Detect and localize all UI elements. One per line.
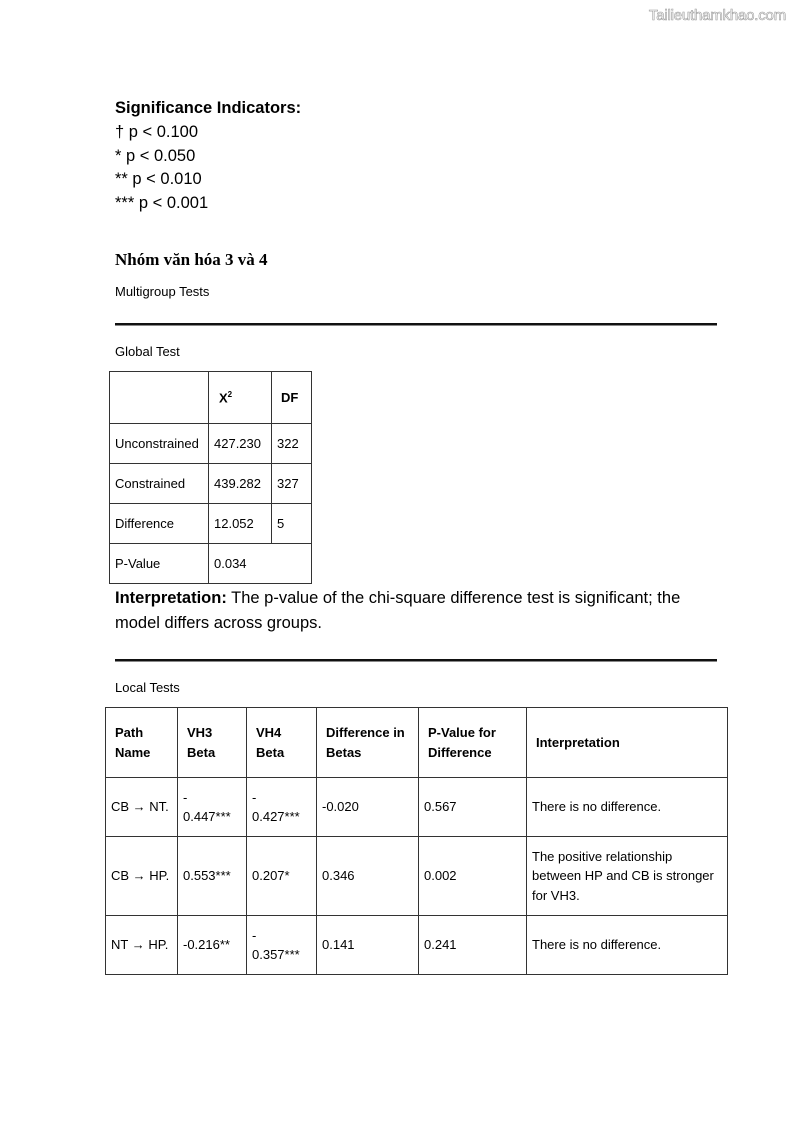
row-name: Constrained [110,464,209,504]
header-path-name: Path Name [106,708,178,778]
table-row: CB → NT. - 0.447*** - 0.427*** -0.020 0.… [106,778,728,837]
header-chi-square: X2 [209,372,272,424]
pvalue: 0.034 [209,544,312,584]
beta-difference: -0.020 [317,778,419,837]
table-row: CB → HP. 0.553*** 0.207* 0.346 0.002 The… [106,837,728,916]
vh3-beta: -0.216** [178,916,247,975]
row-name: P-Value [110,544,209,584]
divider [115,659,717,662]
interpretation-paragraph: Interpretation: The p-value of the chi-s… [115,586,725,635]
df-value: 5 [272,504,312,544]
beta-difference: 0.141 [317,916,419,975]
header-vh3-beta: VH3 Beta [178,708,247,778]
pvalue: 0.241 [419,916,527,975]
table-row: Unconstrained 427.230 322 [110,424,312,464]
significance-item: * p < 0.050 [115,145,301,169]
path-name: CB → NT. [106,778,178,837]
significance-indicators: Significance Indicators: † p < 0.100 * p… [115,97,301,216]
chi-value: 12.052 [209,504,272,544]
vh4-beta: 0.207* [247,837,317,916]
interpretation: There is no difference. [527,916,728,975]
path-name: CB → HP. [106,837,178,916]
table-header-row: Path Name VH3 Beta VH4 Beta Difference i… [106,708,728,778]
vh4-beta: - 0.427*** [247,778,317,837]
global-test-label: Global Test [115,344,180,359]
chi-value: 427.230 [209,424,272,464]
table-row: NT → HP. -0.216** - 0.357*** 0.141 0.241… [106,916,728,975]
header-difference: Difference in Betas [317,708,419,778]
section-heading: Nhóm văn hóa 3 và 4 [115,250,268,270]
df-value: 322 [272,424,312,464]
header-vh4-beta: VH4 Beta [247,708,317,778]
table-row: Constrained 439.282 327 [110,464,312,504]
watermark: Tailieuthamkhao.com [649,7,786,24]
significance-item: ** p < 0.010 [115,168,301,192]
df-value: 327 [272,464,312,504]
multigroup-label: Multigroup Tests [115,284,209,299]
local-tests-table: Path Name VH3 Beta VH4 Beta Difference i… [105,707,728,975]
header-empty [110,372,209,424]
table-row: P-Value 0.034 [110,544,312,584]
significance-title: Significance Indicators: [115,97,301,121]
vh3-beta: 0.553*** [178,837,247,916]
header-interpretation: Interpretation [527,708,728,778]
interpretation: The positive relationship between HP and… [527,837,728,916]
chi-value: 439.282 [209,464,272,504]
row-name: Difference [110,504,209,544]
divider [115,323,717,326]
local-tests-label: Local Tests [115,680,180,695]
header-pvalue: P-Value for Difference [419,708,527,778]
path-name: NT → HP. [106,916,178,975]
global-test-table: X2 DF Unconstrained 427.230 322 Constrai… [109,371,312,584]
interpretation-label: Interpretation: [115,589,227,607]
vh3-beta: - 0.447*** [178,778,247,837]
pvalue: 0.002 [419,837,527,916]
table-row: Difference 12.052 5 [110,504,312,544]
header-df: DF [272,372,312,424]
table-header-row: X2 DF [110,372,312,424]
significance-item: *** p < 0.001 [115,192,301,216]
row-name: Unconstrained [110,424,209,464]
pvalue: 0.567 [419,778,527,837]
beta-difference: 0.346 [317,837,419,916]
significance-item: † p < 0.100 [115,121,301,145]
interpretation: There is no difference. [527,778,728,837]
vh4-beta: - 0.357*** [247,916,317,975]
